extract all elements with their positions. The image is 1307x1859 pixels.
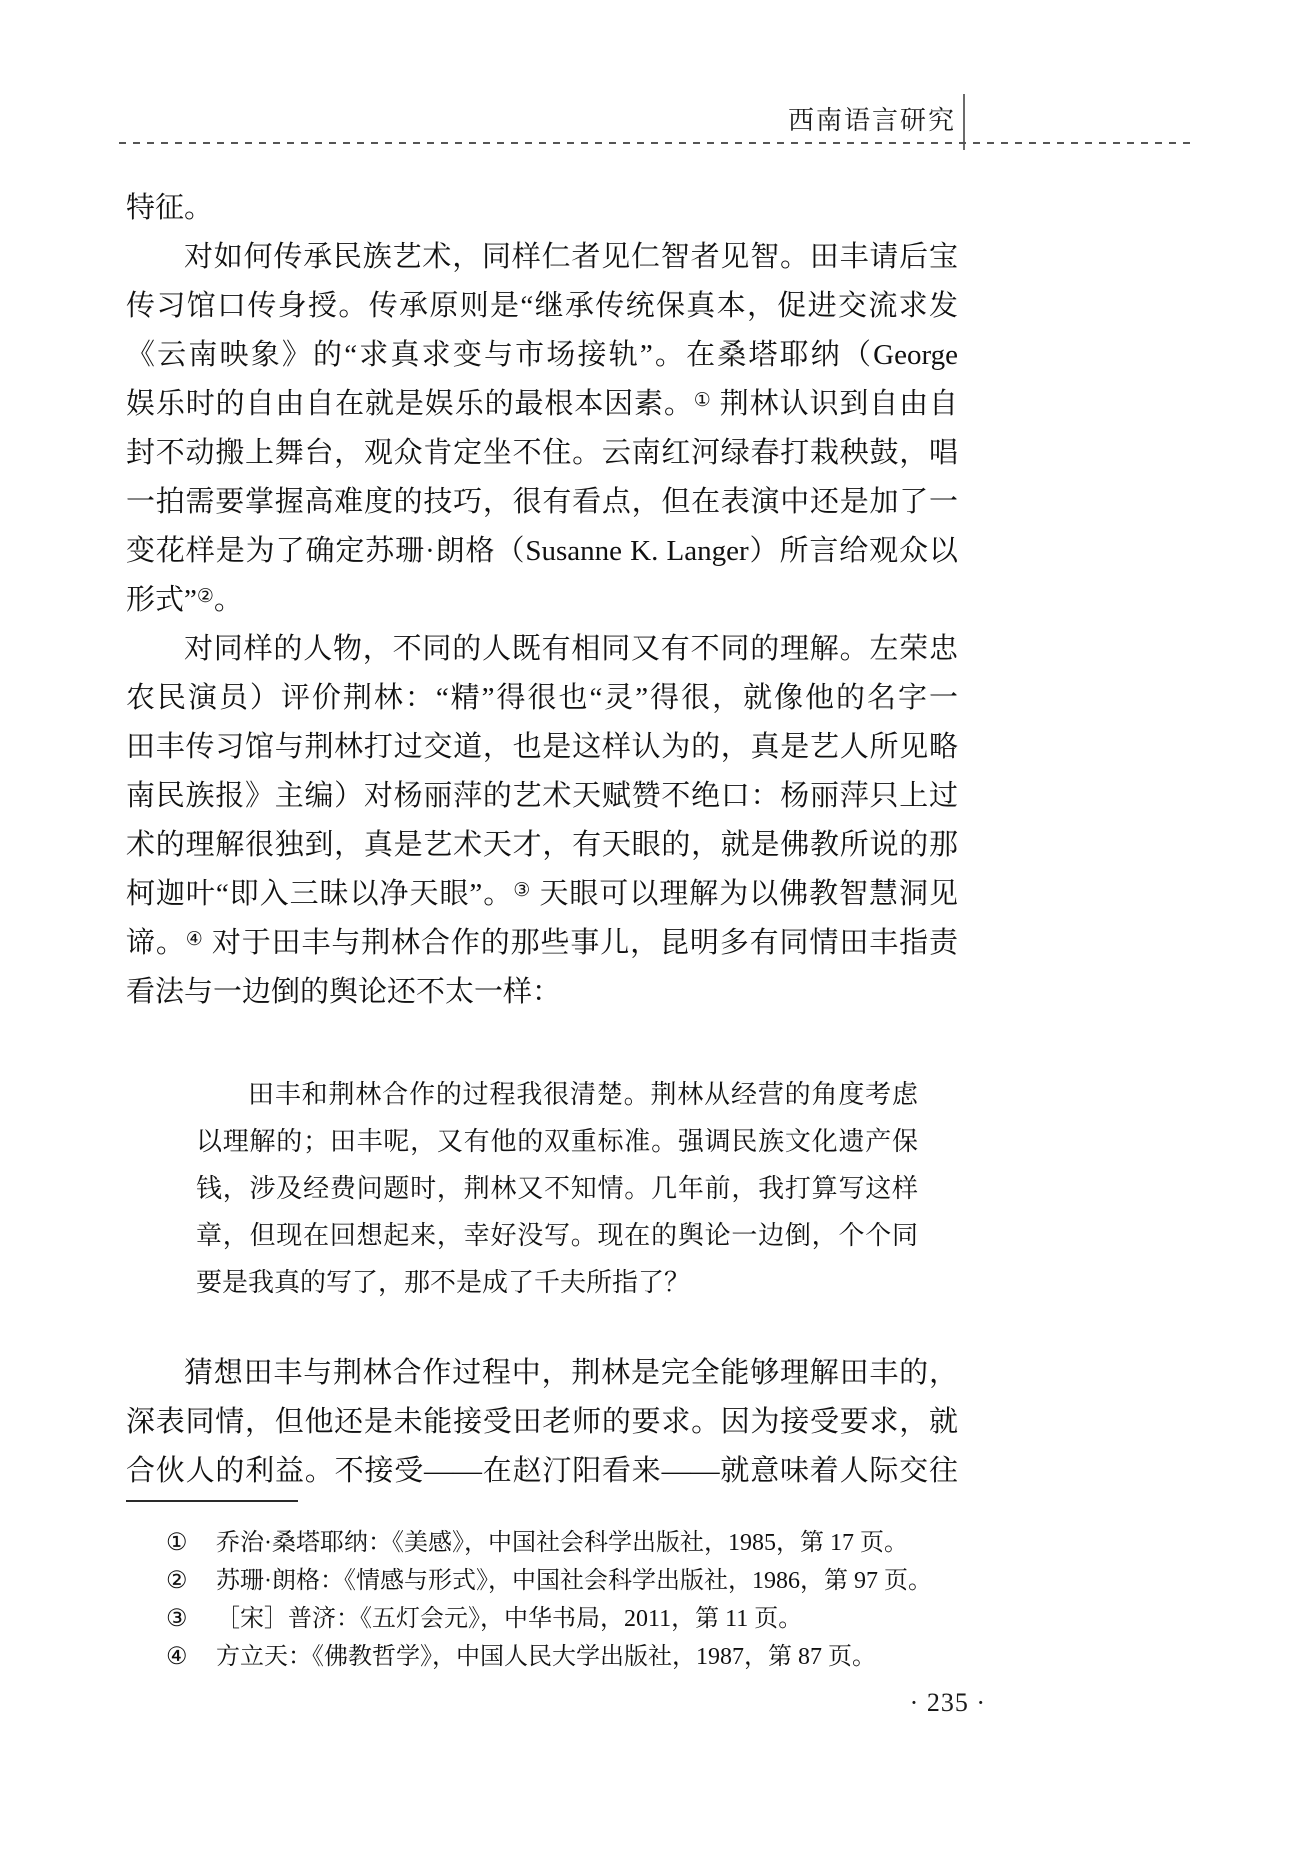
page-number: · 235 ·	[0, 1688, 986, 1718]
text-line: 特征。	[126, 184, 958, 233]
text-line: 猜想田丰与荆林合作过程中，荆林是完全能够理解田丰的，对老人家的处境	[126, 1349, 958, 1398]
text-line: 一拍需要掌握高难度的技巧，很有看点，但在表演中还是加了一些花样的变化。	[126, 478, 958, 527]
text-line: 南民族报》主编）对杨丽萍的艺术天赋赞不绝口：杨丽萍只上过小学，但对艺	[126, 772, 958, 821]
text-line: 对同样的人物，不同的人既有相同又有不同的理解。左荣忠（《云南映象》	[126, 625, 958, 674]
text-line: 形式”②。	[126, 576, 958, 625]
text-line: 农民演员）评价荆林：“精”得很也“灵”得很，就像他的名字一样。后宝云在	[126, 674, 958, 723]
text-line: 以理解的；田丰呢，又有他的双重标准。强调民族文化遗产保护好要	[196, 1118, 918, 1165]
text-line: 章，但现在回想起来，幸好没写。现在的舆论一边倒，个个同情田丰。	[196, 1212, 918, 1259]
text-line: 娱乐时的自由自在就是娱乐的最根本因素。① 荆林认识到自由自在的娱乐场景原	[126, 380, 958, 429]
footnote-marker: ③	[166, 1600, 216, 1638]
text-line: 变花样是为了确定苏珊·朗格（Susanne K. Langer）所言给观众以秩序…	[126, 527, 958, 576]
footnote-list: ①乔治·桑塔耶纳：《美感》，中国社会科学出版社，1985，第 17 页。②苏珊·…	[126, 1524, 958, 1676]
footnote-section: ①乔治·桑塔耶纳：《美感》，中国社会科学出版社，1985，第 17 页。②苏珊·…	[126, 1500, 958, 1676]
footnote-text: ［宋］普济：《五灯会元》，中华书局，2011，第 11 页。	[216, 1600, 958, 1638]
text-line: 对如何传承民族艺术，同样仁者见仁智者见智。田丰请后宝云等民间艺人到	[126, 233, 958, 282]
block-quote: 田丰和荆林合作的过程我很清楚。荆林从经营的角度考虑问题是可以理解的；田丰呢，又有…	[196, 1071, 918, 1306]
footnote-ref: ③	[513, 880, 531, 901]
footnote-text: 乔治·桑塔耶纳：《美感》，中国社会科学出版社，1985，第 17 页。	[216, 1524, 958, 1562]
footnote-item: ②苏珊·朗格：《情感与形式》，中国社会科学出版社，1986，第 97 页。	[126, 1562, 958, 1600]
footnote-text: 苏珊·朗格：《情感与形式》，中国社会科学出版社，1986，第 97 页。	[216, 1562, 958, 1600]
footnote-ref: ④	[186, 929, 204, 950]
footnote-marker: ④	[166, 1638, 216, 1676]
text-line: 合伙人的利益。不接受——在赵汀阳看来——就意味着人际交往主体间性（in-	[126, 1447, 958, 1496]
footnote-item: ①乔治·桑塔耶纳：《美感》，中国社会科学出版社，1985，第 17 页。	[126, 1524, 958, 1562]
para-continuation: 特征。	[126, 184, 958, 233]
text-line: 田丰传习馆与荆林打过交道，也是这样认为的，真是艺人所见略同。张臻（《云	[126, 723, 958, 772]
book-page: 西南语言研究 特征。对如何传承民族艺术，同样仁者见仁智者见智。田丰请后宝云等民间…	[0, 0, 1307, 1859]
text-line: 看法与一边倒的舆论还不太一样：	[126, 968, 958, 1017]
footnote-text: 方立天：《佛教哲学》，中国人民大学出版社，1987，第 87 页。	[216, 1638, 958, 1676]
text-line: 深表同情，但他还是未能接受田老师的要求。因为接受要求，就可能损害自己与	[126, 1398, 958, 1447]
running-head: 西南语言研究	[0, 100, 956, 137]
para-guess: 猜想田丰与荆林合作过程中，荆林是完全能够理解田丰的，对老人家的处境深表同情，但他…	[126, 1349, 958, 1496]
header-dashed-rule	[119, 142, 1192, 144]
text-line: 柯迦叶“即入三昧以净天眼”。③ 天眼可以理解为以佛教智慧洞见世界人生真	[126, 870, 958, 919]
text-line: 封不动搬上舞台，观众肯定坐不住。云南红河绿春打栽秧鼓，唱三拍跳两拍击打	[126, 429, 958, 478]
footnote-marker: ①	[166, 1524, 216, 1562]
footnote-marker: ②	[166, 1562, 216, 1600]
footnote-separator-rule	[126, 1500, 298, 1502]
text-line: 钱，涉及经费问题时，荆林又不知情。几年前，我打算写这样一篇文	[196, 1165, 918, 1212]
text-line: 传习馆口传身授。传承原则是“继承传统保真本，促进交流求发展”，不同于	[126, 282, 958, 331]
para-inheritance: 对如何传承民族艺术，同样仁者见仁智者见智。田丰请后宝云等民间艺人到传习馆口传身授…	[126, 233, 958, 625]
text-line: 术的理解很独到，真是艺术天才，有天眼的，就是佛教所说的那种天眼！相传摩	[126, 821, 958, 870]
footnote-ref: ①	[694, 390, 712, 411]
text-line: 要是我真的写了，那不是成了千夫所指了？	[196, 1259, 918, 1306]
text-line: 田丰和荆林合作的过程我很清楚。荆林从经营的角度考虑问题是可	[196, 1071, 918, 1118]
footnote-ref: ②	[197, 586, 214, 607]
text-line: 谛。④ 对于田丰与荆林合作的那些事儿，昆明多有同情田丰指责荆林者。张臻的	[126, 919, 958, 968]
footnote-item: ④方立天：《佛教哲学》，中国人民大学出版社，1987，第 87 页。	[126, 1638, 958, 1676]
text-line: 《云南映象》的“求真求变与市场接轨”。在桑塔耶纳（George Santayan…	[126, 331, 958, 380]
para-understanding: 对同样的人物，不同的人既有相同又有不同的理解。左荣忠（《云南映象》农民演员）评价…	[126, 625, 958, 1017]
body-text: 特征。对如何传承民族艺术，同样仁者见仁智者见智。田丰请后宝云等民间艺人到传习馆口…	[126, 184, 958, 1496]
footnote-item: ③［宋］普济：《五灯会元》，中华书局，2011，第 11 页。	[126, 1600, 958, 1638]
